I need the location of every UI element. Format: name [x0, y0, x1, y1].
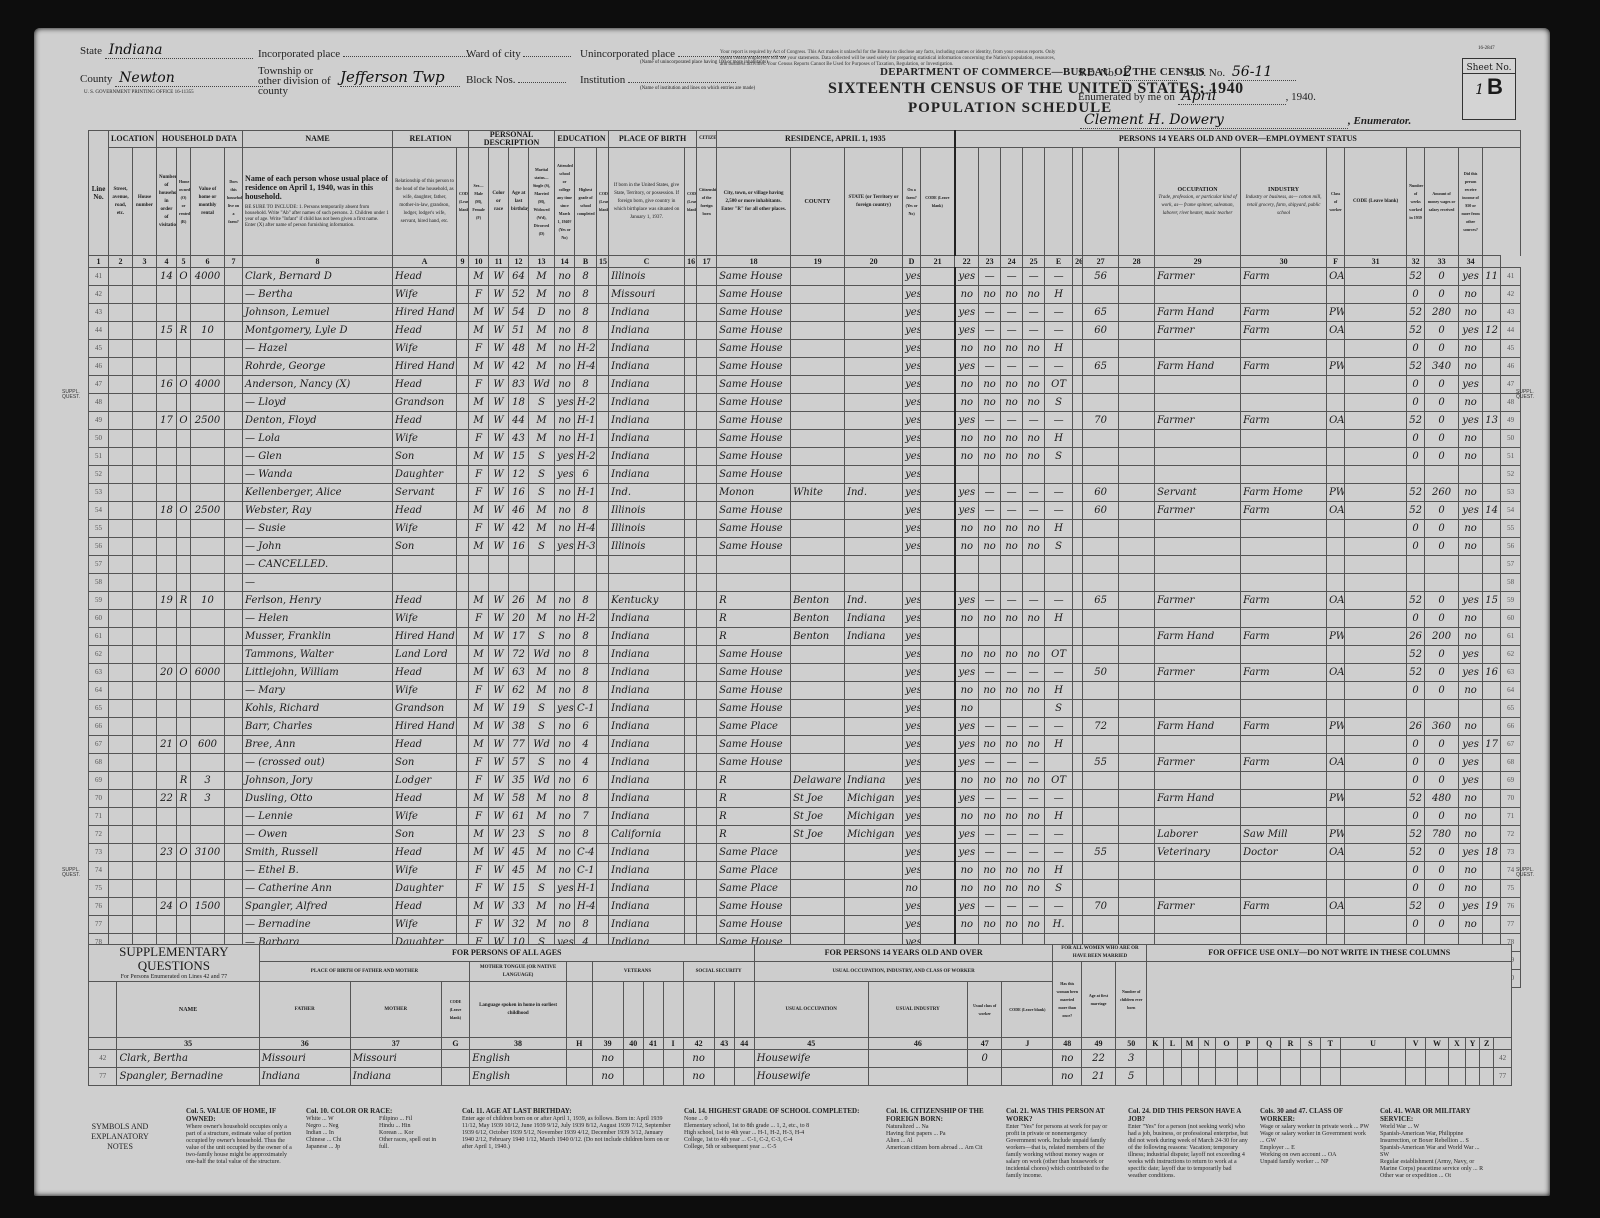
code-f-cell — [1345, 430, 1407, 448]
citizenship-cell — [697, 358, 717, 376]
home-value-cell — [191, 394, 225, 412]
hours-worked-cell: 60 — [1083, 502, 1119, 520]
person-row: 46Rohrde, GeorgeHired HandMW42MnoH-4Indi… — [89, 358, 1521, 376]
code-f-cell — [1345, 394, 1407, 412]
weeks-worked-cell: 52 — [1407, 502, 1425, 520]
had-job-cell: no — [1023, 520, 1045, 538]
weeks-worked-cell: 52 — [1407, 592, 1425, 610]
weeks-worked-cell: 52 — [1407, 322, 1425, 340]
residence-state-header: STATE (or Territory or foreign country) — [845, 148, 903, 256]
wages-cell: 0 — [1425, 916, 1459, 934]
residence-1935-city-cell: Same House — [717, 682, 791, 700]
column-number: 17 — [697, 256, 717, 268]
weeks-unemployed-cell — [1119, 592, 1155, 610]
code-c-cell — [685, 538, 697, 556]
hours-worked-cell — [1083, 880, 1119, 898]
had-job-cell: no — [1023, 340, 1045, 358]
on-farm-1935-cell: yes — [903, 754, 921, 772]
institution-field: Institution — [580, 74, 736, 86]
code-d-cell — [921, 628, 955, 646]
code-f-cell — [1345, 484, 1407, 502]
at-work-cell: yes — [955, 502, 979, 520]
residence-1935-city-cell: Same House — [717, 664, 791, 682]
office-use-cell — [1281, 1068, 1301, 1086]
weeks-unemployed-cell — [1119, 412, 1155, 430]
residence-1935-state-cell — [845, 358, 903, 376]
code-i-cell — [663, 1068, 683, 1086]
code-d-cell — [921, 826, 955, 844]
code-h2-header — [566, 982, 592, 1038]
house-number-cell — [133, 772, 157, 790]
school-attendance-cell: no — [555, 304, 575, 322]
residence-1935-state-cell — [845, 844, 903, 862]
weeks-worked-cell: 26 — [1407, 718, 1425, 736]
usual-occ-header: USUAL OCCUPATION — [754, 982, 868, 1038]
had-job-cell: — — [1023, 304, 1045, 322]
class-of-worker-cell: OA — [1327, 754, 1345, 772]
home-value-cell — [191, 826, 225, 844]
note-item: Employer ... E — [1260, 1145, 1370, 1152]
code-e-cell — [1073, 304, 1083, 322]
line-number-cell: 54 — [89, 502, 109, 520]
code-f-cell — [1345, 844, 1407, 862]
column-number: Z — [1480, 1038, 1494, 1050]
race-cell: W — [489, 466, 509, 484]
office-use-cell — [1465, 1050, 1479, 1068]
house-number-cell — [133, 448, 157, 466]
vet-41-cell — [643, 1050, 663, 1068]
code-f-cell — [1345, 304, 1407, 322]
father-header: FATHER — [259, 982, 350, 1038]
code-e-cell — [1073, 718, 1083, 736]
farm-schedule-number-cell — [1483, 340, 1501, 358]
line-number-cell: 53 — [89, 484, 109, 502]
grade-cell: C-1 — [575, 862, 597, 880]
wages-cell — [1425, 574, 1459, 592]
seeking-work-cell: no — [1001, 340, 1023, 358]
street-cell — [109, 466, 133, 484]
age-cell: 20 — [509, 610, 529, 628]
note-item: Other races, spell out in full. — [379, 1137, 446, 1151]
line-number-cell: 56 — [89, 538, 109, 556]
residence-group-header: RESIDENCE, APRIL 1, 1935 — [717, 131, 955, 148]
code-d-cell — [921, 484, 955, 502]
class-of-worker-cell — [1327, 574, 1345, 592]
residence-1935-state-cell — [845, 880, 903, 898]
other-income-cell: yes — [1459, 664, 1483, 682]
code-c-cell — [685, 664, 697, 682]
farm-household-cell — [225, 322, 243, 340]
residence-1935-county-cell — [791, 520, 845, 538]
sex-header: Sex—Male (M), Female (F) — [469, 148, 489, 256]
household-number-cell: 24 — [157, 898, 177, 916]
public-emergency-work-cell: — — [979, 484, 1001, 502]
house-number-cell — [133, 682, 157, 700]
birthplace-cell: Indiana — [609, 754, 685, 772]
supp-line-header — [89, 982, 117, 1038]
home-value-cell — [191, 700, 225, 718]
column-number: 18 — [717, 256, 791, 268]
line-number-cell: 70 — [89, 790, 109, 808]
grade-cell: H-1 — [575, 412, 597, 430]
column-number: M — [1181, 1038, 1198, 1050]
marital-status-cell: Wd — [529, 736, 555, 754]
code-c-cell — [685, 718, 697, 736]
farm-household-cell — [225, 772, 243, 790]
person-name-cell: Musser, Franklin — [243, 628, 393, 646]
line-number-cell: 41 — [89, 268, 109, 286]
line-number-cell: 69 — [89, 772, 109, 790]
residence-1935-city-cell: Same Place — [717, 844, 791, 862]
person-row: 48— LloydGrandsonMW18SyesH-2IndianaSame … — [89, 394, 1521, 412]
race-cell: W — [489, 322, 509, 340]
had-job-cell — [1023, 466, 1045, 484]
line-number-right-cell: 46 — [1501, 358, 1521, 376]
marital-status-cell: M — [529, 682, 555, 700]
residence-1935-county-cell — [791, 664, 845, 682]
code-e-cell — [1073, 556, 1083, 574]
note-item: Wage or salary worker in private work ..… — [1260, 1124, 1370, 1131]
wages-cell: 0 — [1425, 412, 1459, 430]
industry-cell: Farm — [1241, 718, 1327, 736]
marital-status-cell: M — [529, 430, 555, 448]
line-number-right-cell: 50 — [1501, 430, 1521, 448]
line-no-header: Line No. — [89, 131, 109, 256]
farm-schedule-number-cell — [1483, 538, 1501, 556]
person-name-cell: — Lennie — [243, 808, 393, 826]
activity-code-cell: OT — [1045, 646, 1073, 664]
office-use-cell — [1238, 1068, 1258, 1086]
explanatory-notes: SYMBOLS AND EXPLANATORY NOTES Col. 5. VA… — [80, 1108, 1500, 1188]
relation-cell: Wife — [393, 520, 457, 538]
grade-cell: H-4 — [575, 358, 597, 376]
activity-code-cell: H — [1045, 340, 1073, 358]
note-item: Korean ... Kor — [379, 1130, 446, 1137]
code-c-cell — [685, 322, 697, 340]
relation-cell: Daughter — [393, 880, 457, 898]
on-farm-1935-cell: yes — [903, 340, 921, 358]
class-of-worker-cell — [1327, 520, 1345, 538]
sex-cell — [469, 574, 489, 592]
residence-1935-county-cell — [791, 646, 845, 664]
hours-worked-cell: 65 — [1083, 304, 1119, 322]
code-b-cell — [597, 394, 609, 412]
code-e-cell — [1073, 340, 1083, 358]
sex-cell: F — [469, 520, 489, 538]
age-cell: 57 — [509, 754, 529, 772]
hours-worked-cell — [1083, 376, 1119, 394]
person-row: 62Tammons, WalterLand LordMW72Wdno8India… — [89, 646, 1521, 664]
other-income-cell: no — [1459, 808, 1483, 826]
birthplace-cell: Indiana — [609, 862, 685, 880]
house-number-cell — [133, 340, 157, 358]
residence-1935-county-cell — [791, 880, 845, 898]
age-cell: 63 — [509, 664, 529, 682]
farm-household-cell — [225, 394, 243, 412]
home-value-cell: 6000 — [191, 664, 225, 682]
seeking-work-cell: — — [1001, 718, 1023, 736]
sex-cell: F — [469, 376, 489, 394]
code-b-cell — [597, 862, 609, 880]
line-number-right-cell: 62 — [1501, 646, 1521, 664]
relation-cell: Hired Hand — [393, 358, 457, 376]
state-label: State — [80, 45, 102, 57]
farm-household-cell — [225, 916, 243, 934]
col14-list: None ... 0Elementary school, 1st to 8th … — [684, 1116, 874, 1151]
age-cell: 33 — [509, 898, 529, 916]
person-name-cell: Clark, Bernard D — [243, 268, 393, 286]
person-row: 7323O3100Smith, RussellHeadMW45MnoC-4Ind… — [89, 844, 1521, 862]
home-owned-cell — [177, 880, 191, 898]
public-emergency-work-cell: — — [979, 502, 1001, 520]
column-number: 20 — [845, 256, 903, 268]
occupation-cell — [1155, 916, 1241, 934]
citizenship-cell — [697, 718, 717, 736]
code-e-cell — [1073, 412, 1083, 430]
race-cell — [489, 574, 509, 592]
code-c-cell — [685, 304, 697, 322]
township-value: Jefferson Twp — [340, 68, 460, 87]
farm-schedule-number-cell: 15 — [1483, 592, 1501, 610]
home-value-cell — [191, 574, 225, 592]
street-cell — [109, 628, 133, 646]
sex-cell: F — [469, 466, 489, 484]
hours-worked-cell — [1083, 448, 1119, 466]
occupation-cell: Farm Hand — [1155, 790, 1241, 808]
age-cell: 15 — [509, 880, 529, 898]
industry-header: INDUSTRY Industry or business, as— cotto… — [1241, 148, 1327, 256]
residence-1935-county-cell: St Joe — [791, 826, 845, 844]
citizenship-cell — [697, 790, 717, 808]
weeks-worked-cell: 0 — [1407, 772, 1425, 790]
code-c-cell — [685, 268, 697, 286]
marital-status-cell: Wd — [529, 646, 555, 664]
code-c-cell — [685, 682, 697, 700]
occupation-cell: Laborer — [1155, 826, 1241, 844]
farm-household-cell — [225, 790, 243, 808]
citizenship-cell — [697, 826, 717, 844]
race-cell: W — [489, 754, 509, 772]
marital-status-cell: M — [529, 268, 555, 286]
relation-group-header: RELATION — [393, 131, 469, 148]
code-j-cell — [1002, 1068, 1053, 1086]
ss-43-cell — [714, 1050, 734, 1068]
code-d-cell — [921, 790, 955, 808]
home-owned-cell: O — [177, 502, 191, 520]
home-owned-cell — [177, 394, 191, 412]
code-b-cell — [597, 808, 609, 826]
line-number-cell: 77 — [89, 916, 109, 934]
sex-cell: M — [469, 538, 489, 556]
occupation-cell — [1155, 556, 1241, 574]
code-c-cell — [685, 898, 697, 916]
hours-worked-cell — [1083, 394, 1119, 412]
home-owned-cell: O — [177, 736, 191, 754]
had-job-cell: — — [1023, 592, 1045, 610]
supp-quest-marker-77-right: SUPPL. QUEST. — [1516, 868, 1540, 878]
on-farm-1935-cell: yes — [903, 682, 921, 700]
code-c-cell — [685, 484, 697, 502]
citizenship-cell — [697, 700, 717, 718]
person-row: 52— WandaDaughterFW12Syes6IndianaSame Ho… — [89, 466, 1521, 484]
street-cell — [109, 322, 133, 340]
marital-status-cell: S — [529, 466, 555, 484]
weeks-worked-cell: 52 — [1407, 664, 1425, 682]
grade-cell: H-1 — [575, 430, 597, 448]
on-farm-1935-cell — [903, 556, 921, 574]
farm-schedule-number-cell — [1483, 826, 1501, 844]
relation-cell: Son — [393, 448, 457, 466]
public-emergency-work-cell: — — [979, 754, 1001, 772]
home-owned-cell: R — [177, 772, 191, 790]
grade-cell — [575, 574, 597, 592]
school-attendance-cell: no — [555, 358, 575, 376]
hours-worked-cell — [1083, 682, 1119, 700]
residence-1935-city-cell: R — [717, 592, 791, 610]
line-number-cell: 49 — [89, 412, 109, 430]
street-cell — [109, 592, 133, 610]
weeks-unemployed-cell — [1119, 430, 1155, 448]
sheet-number: 1 — [1475, 82, 1484, 98]
age-first-marriage-cell: 22 — [1081, 1050, 1115, 1068]
line-number-cell: 43 — [89, 304, 109, 322]
code-f-cell — [1345, 664, 1407, 682]
industry-cell: Farm — [1241, 304, 1327, 322]
farm-household-cell — [225, 736, 243, 754]
col11-title: Col. 11. AGE AT LAST BIRTHDAY: — [462, 1107, 572, 1115]
farm-schedule-number-cell: 19 — [1483, 898, 1501, 916]
code-d-cell — [921, 592, 955, 610]
grade-cell: 8 — [575, 790, 597, 808]
at-work-cell — [955, 574, 979, 592]
relation-cell: Head — [393, 844, 457, 862]
at-work-cell: no — [955, 772, 979, 790]
house-number-cell — [133, 880, 157, 898]
farm-schedule-number-cell — [1483, 718, 1501, 736]
marital-status-cell: S — [529, 484, 555, 502]
wages-cell: 200 — [1425, 628, 1459, 646]
line-number-cell: 47 — [89, 376, 109, 394]
weeks-unemployed-cell — [1119, 772, 1155, 790]
hours-worked-cell — [1083, 628, 1119, 646]
marital-status-cell: M — [529, 898, 555, 916]
citizenship-cell — [697, 754, 717, 772]
had-job-cell — [1023, 574, 1045, 592]
house-number-cell — [133, 628, 157, 646]
weeks-unemployed-cell — [1119, 466, 1155, 484]
relation-cell: Head — [393, 790, 457, 808]
wages-cell: 0 — [1425, 502, 1459, 520]
street-cell — [109, 862, 133, 880]
code-a-cell — [457, 700, 469, 718]
farm-household-cell — [225, 664, 243, 682]
age-cell: 12 — [509, 466, 529, 484]
school-attendance-cell: yes — [555, 448, 575, 466]
col30-title: Cols. 30 and 47. CLASS OF WORKER: — [1260, 1107, 1343, 1123]
sex-cell: M — [469, 322, 489, 340]
column-number: 15 — [597, 256, 609, 268]
grade-cell: 8 — [575, 592, 597, 610]
line-number-cell: 74 — [89, 862, 109, 880]
age-cell: 58 — [509, 790, 529, 808]
column-number: 45 — [754, 1038, 868, 1050]
residence-1935-state-cell — [845, 322, 903, 340]
line-number-right-cell: 41 — [1501, 268, 1521, 286]
wages-header: Amount of money wages or salary received — [1425, 148, 1459, 256]
school-attendance-cell: no — [555, 628, 575, 646]
seeking-work-cell: — — [1001, 754, 1023, 772]
weeks-worked-cell: 0 — [1407, 286, 1425, 304]
race-header: Color or race — [489, 148, 509, 256]
citizenship-cell — [697, 736, 717, 754]
citizenship-cell — [697, 880, 717, 898]
enumerated-month: April — [1178, 88, 1286, 105]
age-cell: 15 — [509, 448, 529, 466]
code-e-header — [1073, 148, 1083, 256]
on-farm-1935-cell: no — [903, 880, 921, 898]
code-b-cell — [597, 502, 609, 520]
industry-cell: Farm — [1241, 412, 1327, 430]
column-number: P — [1238, 1038, 1258, 1050]
had-job-cell: — — [1023, 898, 1045, 916]
race-cell: W — [489, 790, 509, 808]
weeks-worked-cell: 26 — [1407, 628, 1425, 646]
age-cell: 64 — [509, 268, 529, 286]
other-income-cell: yes — [1459, 754, 1483, 772]
column-number: 21 — [921, 256, 955, 268]
house-number-cell — [133, 700, 157, 718]
household-number-cell — [157, 466, 177, 484]
column-number: A — [393, 256, 457, 268]
code-i-cell — [663, 1050, 683, 1068]
citizenship-cell — [697, 664, 717, 682]
sex-cell: F — [469, 808, 489, 826]
column-number: U — [1340, 1038, 1405, 1050]
at-work-cell: no — [955, 916, 979, 934]
col5-note: Col. 5. VALUE OF HOME, IF OWNED: Where o… — [186, 1108, 296, 1166]
col41-list: World War ... WSpanish-American War, Phi… — [1380, 1124, 1490, 1180]
column-number: 2 — [109, 256, 133, 268]
weeks-unemployed-cell — [1119, 574, 1155, 592]
farm-household-cell — [225, 538, 243, 556]
race-cell: W — [489, 538, 509, 556]
relation-cell: Head — [393, 592, 457, 610]
code-a-cell — [457, 520, 469, 538]
code-d-cell — [921, 718, 955, 736]
age-cell: 17 — [509, 628, 529, 646]
code-c-cell — [685, 844, 697, 862]
residence-1935-state-cell: Indiana — [845, 628, 903, 646]
farm-schedule-number-cell — [1483, 304, 1501, 322]
class-of-worker-cell — [1327, 556, 1345, 574]
line-number-cell: 58 — [89, 574, 109, 592]
public-emergency-work-cell: no — [979, 880, 1001, 898]
seeking-work-cell: — — [1001, 844, 1023, 862]
vet39-header — [592, 982, 623, 1038]
code-b-cell — [597, 682, 609, 700]
class-of-worker-cell — [1327, 736, 1345, 754]
person-row: 64— MaryWifeFW62Mno8IndianaSame Houseyes… — [89, 682, 1521, 700]
population-table: Line No. LOCATION HOUSEHOLD DATA NAME RE… — [88, 130, 1521, 988]
code-d-cell — [921, 646, 955, 664]
class-of-worker-cell: PW — [1327, 358, 1345, 376]
note-item: Filipino ... Fil — [379, 1116, 446, 1123]
code-b-cell — [597, 376, 609, 394]
had-job-cell: no — [1023, 610, 1045, 628]
code-a-header: CODE (Leave blank) — [457, 148, 469, 256]
col26-header — [1083, 148, 1119, 256]
sex-cell: M — [469, 268, 489, 286]
